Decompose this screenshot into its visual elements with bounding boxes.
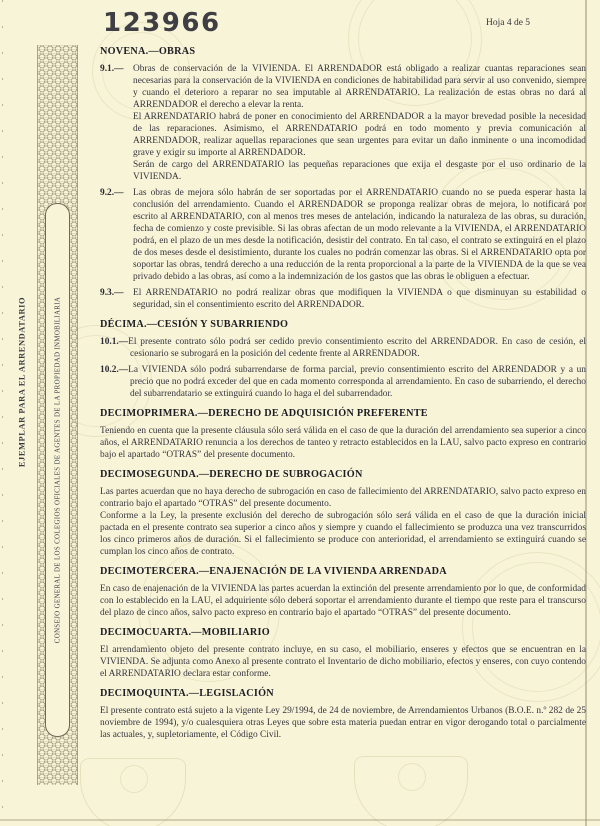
section-paragraph: El arrendamiento objeto del presente con… (100, 644, 586, 680)
clause-number: 10.1.— (100, 337, 128, 347)
watermark-shield (80, 758, 186, 826)
section-paragraphs: En caso de enajenación de la VIVIENDA la… (100, 583, 586, 619)
clause-9-1: 9.1.— Obras de conservación de la VIVIEN… (100, 63, 586, 183)
section-heading: DECIMOSEGUNDA.—DERECHO DE SUBROGACIÓN (100, 469, 586, 480)
clause-number: 10.2.— (100, 365, 128, 375)
clause-paragraph: Obras de conservación de la VIVIENDA. El… (133, 63, 586, 111)
section-heading: DÉCIMA.—CESIÓN Y SUBARRIENDO (100, 319, 586, 330)
contract-body: NOVENA.—OBRAS 9.1.— Obras de conservació… (100, 0, 586, 745)
section-paragraph: El presente contrato está sujeto a la vi… (100, 705, 586, 741)
clause-body: Las obras de mejora sólo habrán de ser s… (133, 187, 586, 283)
section-paragraphs: El presente contrato está sujeto a la vi… (100, 705, 586, 741)
clause-paragraph: El ARRENDATARIO habrá de poner en conoci… (133, 111, 586, 159)
clause-9-3: 9.3.— El ARRENDATARIO no podrá realizar … (100, 287, 586, 311)
page-edge-bottom (0, 819, 600, 821)
section-heading: DECIMOTERCERA.—ENAJENACIÓN DE LA VIVIEND… (100, 566, 586, 577)
section-paragraph: Las partes acuerdan que no haya derecho … (100, 486, 586, 510)
section-heading: DECIMOQUINTA.—LEGISLACIÓN (100, 688, 586, 699)
page-edge-left (2, 0, 3, 826)
clause-paragraph: Serán de cargo del ARRENDATARIO las pequ… (133, 159, 586, 183)
section-paragraphs: El arrendamiento objeto del presente con… (100, 644, 586, 680)
watermark-shield (354, 756, 468, 826)
section-paragraph: Teniendo en cuenta que la presente cláus… (100, 425, 586, 461)
section-heading: DECIMOCUARTA.—MOBILIARIO (100, 627, 586, 638)
section-paragraphs: Las partes acuerdan que no haya derecho … (100, 486, 586, 558)
clause-number: 9.3.— (100, 287, 133, 311)
section-paragraph: En caso de enajenación de la VIVIENDA la… (100, 583, 586, 619)
section-heading: DECIMOPRIMERA.—DERECHO DE ADQUISICIÓN PR… (100, 408, 586, 419)
section-heading: NOVENA.—OBRAS (100, 46, 586, 57)
clause-paragraph: Las obras de mejora sólo habrán de ser s… (133, 187, 586, 283)
council-band-label: CONSEJO GENERAL DE LOS COLEGIOS OFICIALE… (54, 297, 61, 643)
clause-10-2: 10.2.—La VIVIENDA sólo podrá subarrendar… (100, 364, 586, 400)
copy-label: EJEMPLAR PARA EL ARRENDATARIO (18, 297, 27, 467)
section-paragraphs: Teniendo en cuenta que la presente cláus… (100, 425, 586, 461)
clause-paragraph: El ARRENDATARIO no podrá realizar obras … (133, 287, 586, 311)
contract-page: { "colors": { "paper": "#f8f4d8", "ink":… (0, 0, 600, 826)
clause-body: El ARRENDATARIO no podrá realizar obras … (133, 287, 586, 311)
clause-text: La VIVIENDA sólo podrá subarrendarse de … (128, 365, 586, 399)
clause-9-2: 9.2.— Las obras de mejora sólo habrán de… (100, 187, 586, 283)
clause-number: 9.1.— (100, 63, 133, 183)
clause-body: Obras de conservación de la VIVIENDA. El… (133, 63, 586, 183)
council-band-capsule: CONSEJO GENERAL DE LOS COLEGIOS OFICIALE… (45, 203, 70, 737)
clause-10-1: 10.1.—El presente contrato sólo podrá se… (100, 336, 586, 360)
guilloche-band: CONSEJO GENERAL DE LOS COLEGIOS OFICIALE… (37, 45, 78, 785)
clause-number: 9.2.— (100, 187, 133, 283)
clause-text: El presente contrato sólo podrá ser cedi… (128, 337, 586, 359)
section-paragraph: Conforme a la Ley, la presente exclusión… (100, 510, 586, 558)
